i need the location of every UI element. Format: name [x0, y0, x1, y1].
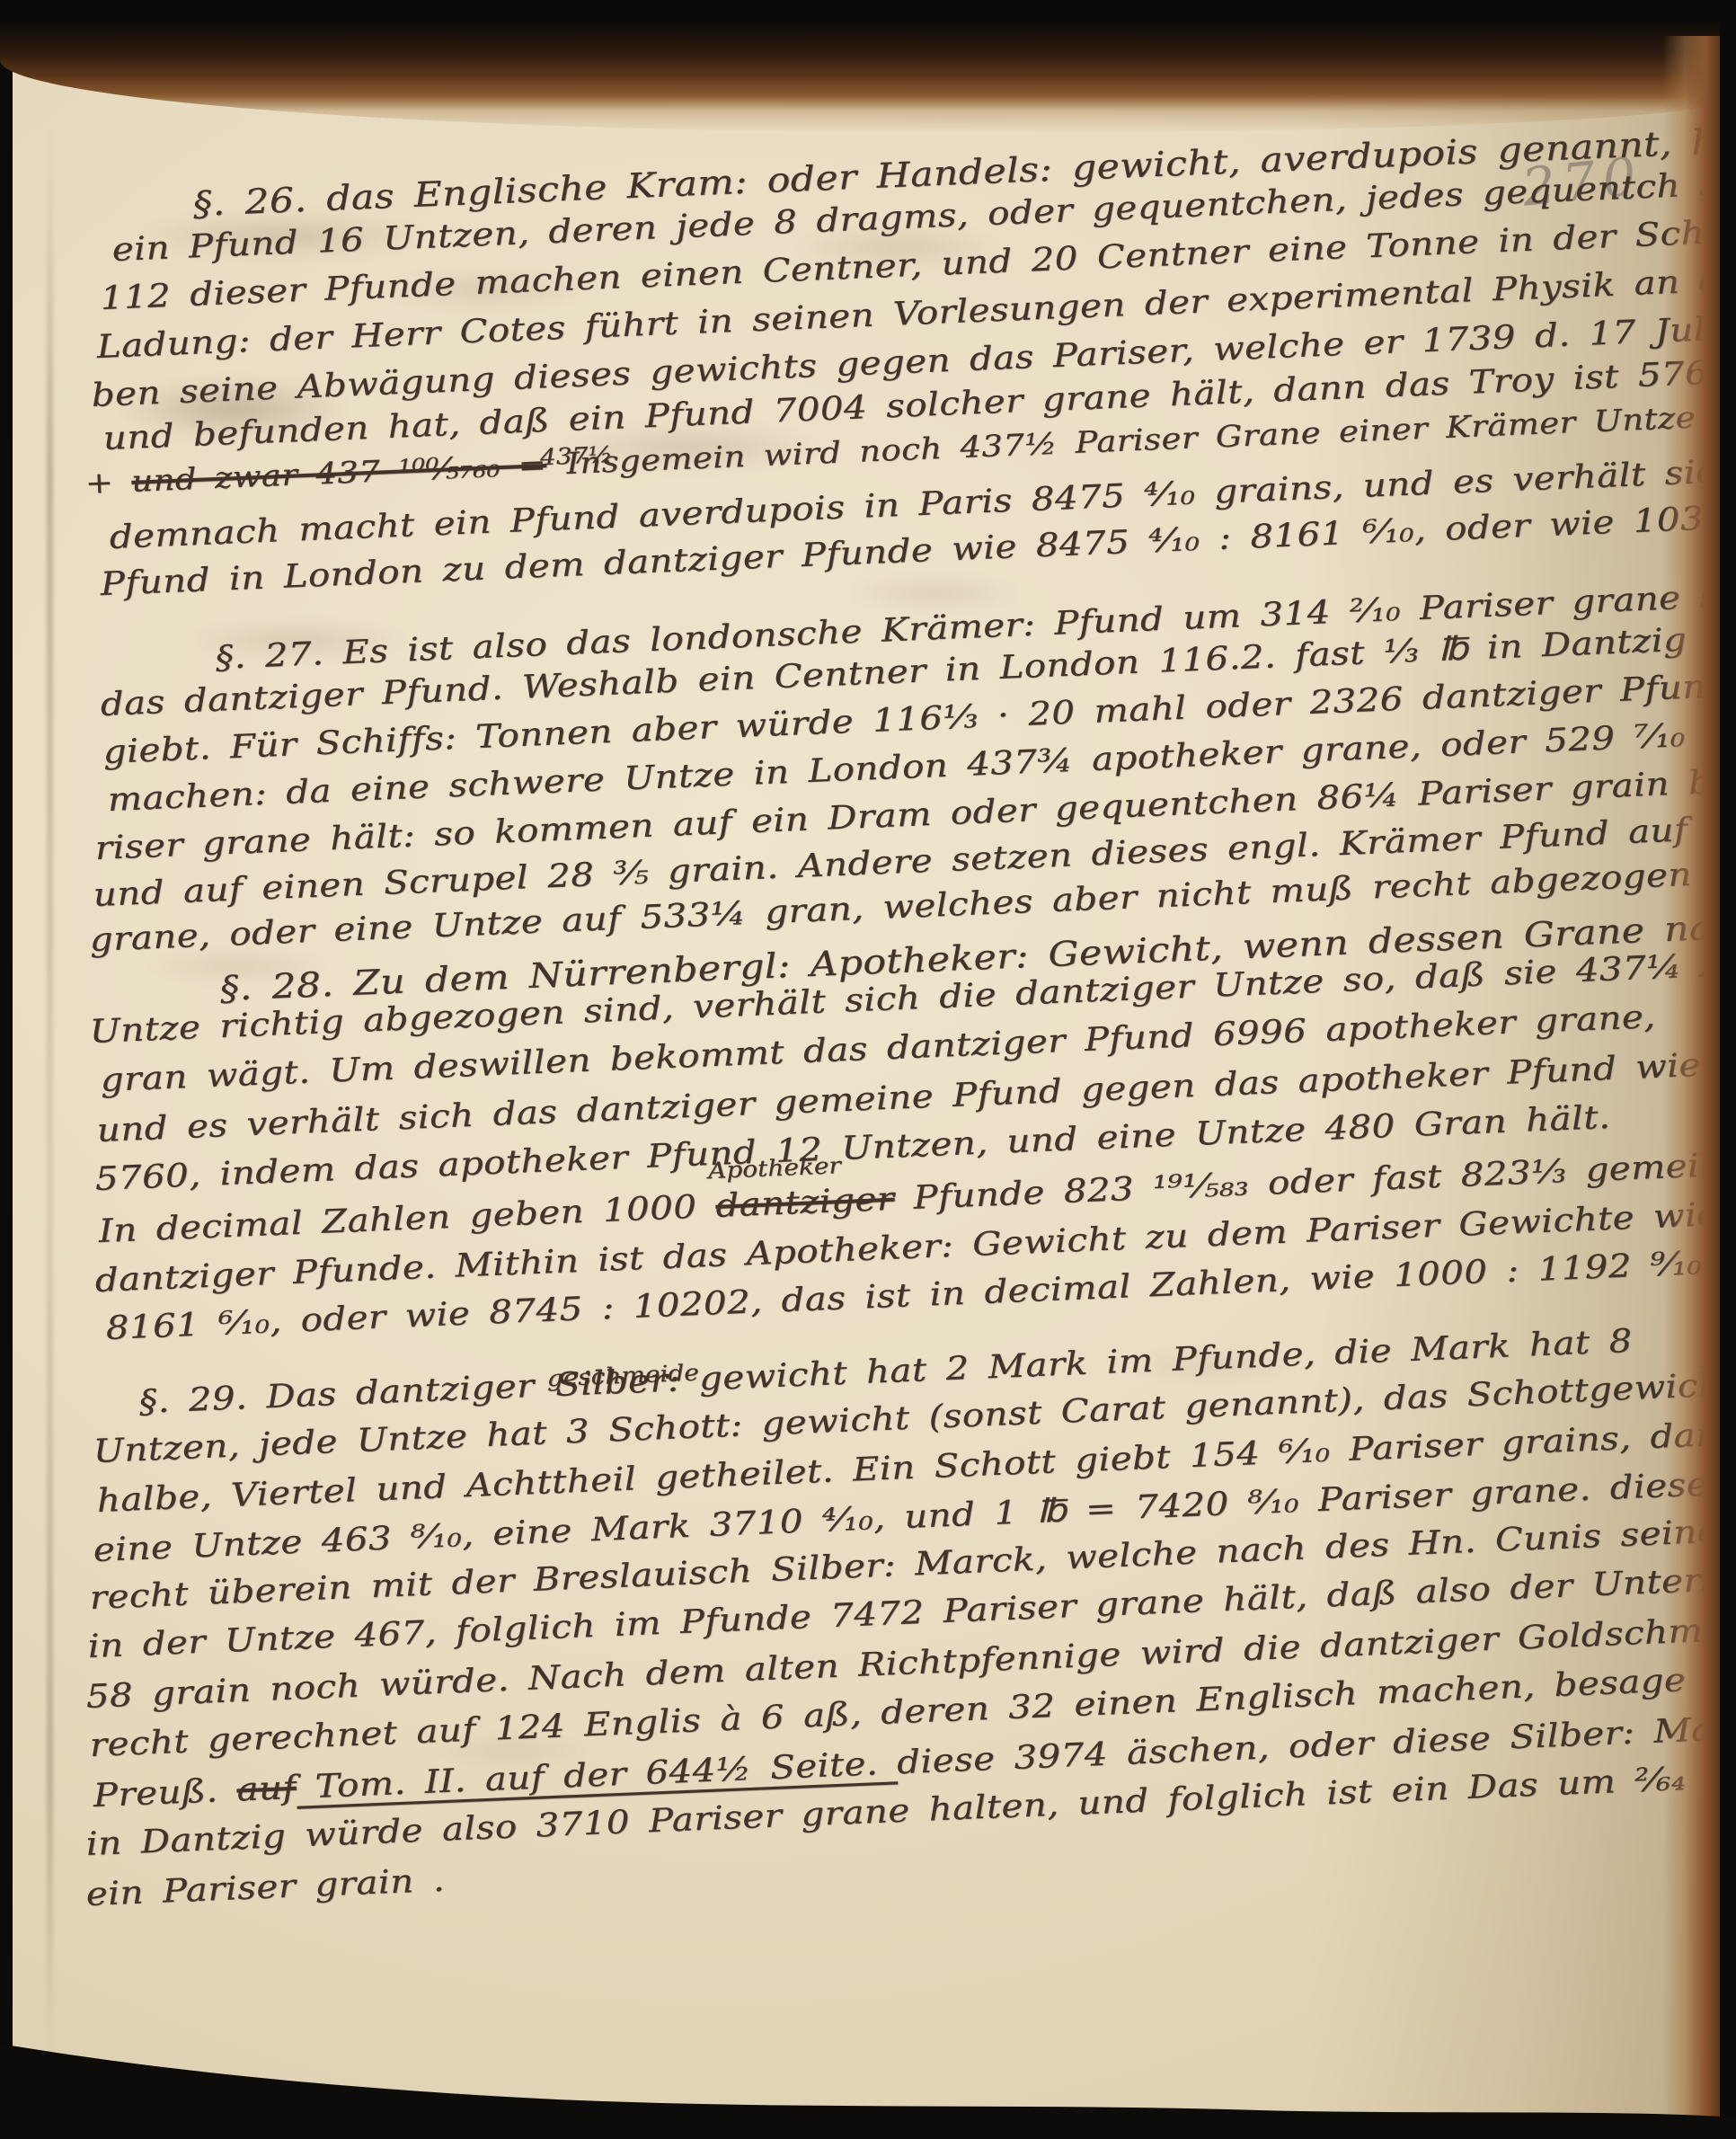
line-text: + — [84, 464, 132, 501]
inserted-word: Apotheker — [707, 1152, 841, 1184]
line-text: Preuß. — [93, 1771, 237, 1815]
struck-text: dantziger — [715, 1181, 896, 1225]
book-scan: { "scan": { "signature_mark": "Mm.", "pa… — [0, 0, 1736, 2139]
correction: dantzigerApotheker — [715, 1181, 896, 1225]
struck-text: auf — [236, 1770, 297, 1809]
spine-crease — [47, 126, 53, 2067]
inserted-word: 437½ — [539, 441, 613, 470]
scan-right-border — [1720, 0, 1736, 2139]
bottom-shadow — [0, 2024, 1736, 2139]
